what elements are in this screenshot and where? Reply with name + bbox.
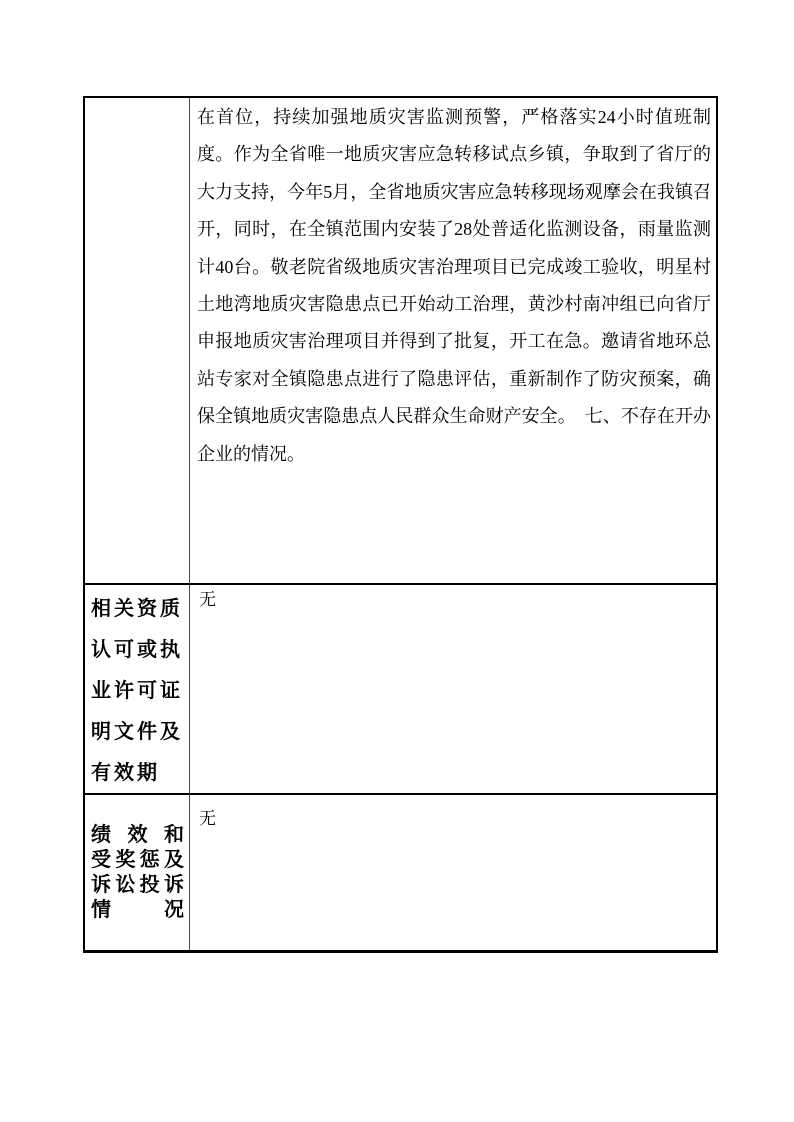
cert-row-header-cell: 相关资质认可或执业许可证明文件及有效期 (85, 585, 190, 795)
continuation-content-cell: 在首位，持续加强地质灾害监测预警，严格落实24小时值班制度。作为全省唯一地质灾害… (190, 98, 716, 585)
performance-row-value: 无 (199, 809, 216, 828)
cert-row-label: 相关资质认可或执业许可证明文件及有效期 (91, 589, 184, 794)
continuation-header-cell (85, 98, 190, 585)
document-page: 在首位，持续加强地质灾害监测预警，严格落实24小时值班制度。作为全省唯一地质灾害… (0, 0, 794, 1122)
cert-row-value-cell: 无 (190, 585, 716, 795)
document-table: 在首位，持续加强地质灾害监测预警，严格落实24小时值班制度。作为全省唯一地质灾害… (83, 96, 718, 953)
performance-row-label: 绩效和受奖惩及诉讼投诉情况 (91, 823, 184, 923)
performance-row-header-cell: 绩效和受奖惩及诉讼投诉情况 (85, 795, 190, 950)
performance-row-value-cell: 无 (190, 795, 716, 950)
cert-row-value: 无 (199, 590, 216, 609)
work-summary-paragraph: 在首位，持续加强地质灾害监测预警，严格落实24小时值班制度。作为全省唯一地质灾害… (197, 99, 711, 473)
